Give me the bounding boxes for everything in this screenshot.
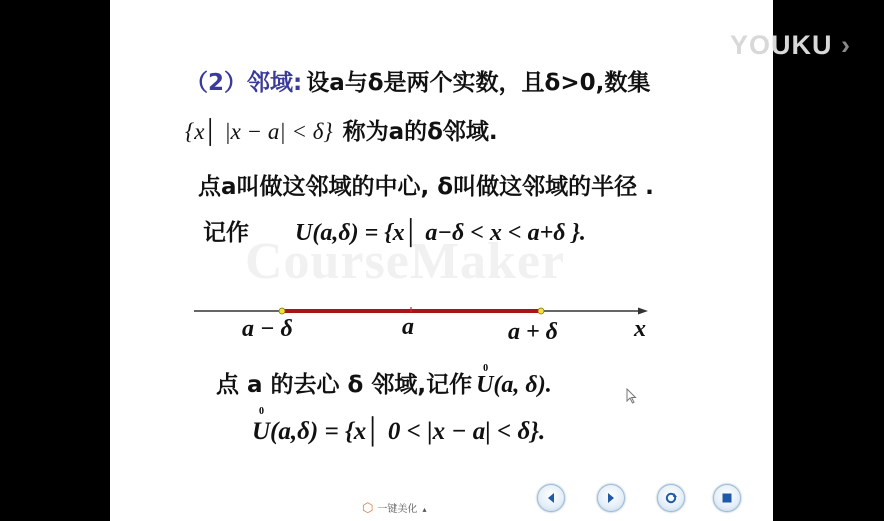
youku-logo: YOUKU ›: [730, 30, 851, 61]
deleted-neighborhood-symbol: U(a, δ).: [476, 372, 552, 398]
caret-up-icon: ▴: [423, 505, 427, 514]
label-a: a: [402, 314, 414, 341]
label-a-plus-delta: a + δ: [508, 319, 558, 346]
next-slide-button[interactable]: [597, 484, 625, 512]
neighborhood-formula: U(a,δ) = {x│ a−δ < x < a+δ }.: [295, 220, 586, 246]
definition-line-2: {x│ |x − a| < δ} 称为a的δ邻域.: [185, 113, 498, 146]
slide-canvas: CourseMaker （2）邻域:设a与δ是两个实数，且δ>0,数集 {x│ …: [110, 0, 773, 521]
title-colon: :: [293, 70, 302, 96]
section-title: （2）邻域: [185, 70, 293, 96]
youku-arrow-icon: ›: [841, 30, 851, 60]
number-line-diagram: a − δ a a + δ x: [190, 298, 650, 348]
ring-mark: 0: [483, 363, 488, 374]
stop-button[interactable]: [713, 484, 741, 512]
set-notation: {x│ |x − a| < δ}: [185, 119, 333, 144]
mouse-cursor-icon: [626, 388, 638, 404]
deleted-neighborhood-formula: U(a,δ) = {x│ 0 < |x − a| < δ}.: [252, 418, 545, 445]
stop-square-icon: [719, 490, 735, 506]
neighborhood-label: 称为a的δ邻域.: [343, 119, 498, 145]
notation-label: 记作: [203, 220, 249, 246]
triangle-left-icon: [543, 490, 559, 506]
definition-heading: （2）邻域:设a与δ是两个实数，且δ>0,数集: [185, 64, 650, 97]
previous-slide-button[interactable]: [537, 484, 565, 512]
label-x: x: [634, 316, 646, 343]
replay-icon: [663, 490, 679, 506]
beautify-label: 一键美化: [377, 504, 417, 515]
one-click-beautify-button[interactable]: ⬡一键美化 ▴: [362, 500, 427, 516]
number-line-axis: [190, 298, 650, 318]
label-a-minus-delta: a − δ: [242, 316, 293, 343]
beautify-logo-icon: ⬡: [362, 501, 373, 516]
notation-line: 记作 U(a,δ) = {x│ a−δ < x < a+δ }.: [203, 214, 586, 247]
replay-button[interactable]: [657, 484, 685, 512]
deleted-neighborhood-formula-line: 0 U(a,δ) = {x│ 0 < |x − a| < δ}.: [252, 418, 545, 446]
deleted-neighborhood-text: 点 a 的去心 δ 邻域,记作: [216, 372, 472, 398]
definition-line-1: 设a与δ是两个实数，且δ>0,数集: [306, 70, 650, 96]
ring-mark: 0: [259, 406, 264, 417]
triangle-right-icon: [603, 490, 619, 506]
youku-brand-text: YOUKU: [730, 30, 833, 60]
center-radius-line: 点a叫做这邻域的中心, δ叫做这邻域的半径 .: [198, 168, 654, 201]
deleted-neighborhood-line: 点 a 的去心 δ 邻域,记作 0 U(a, δ).: [216, 366, 552, 399]
